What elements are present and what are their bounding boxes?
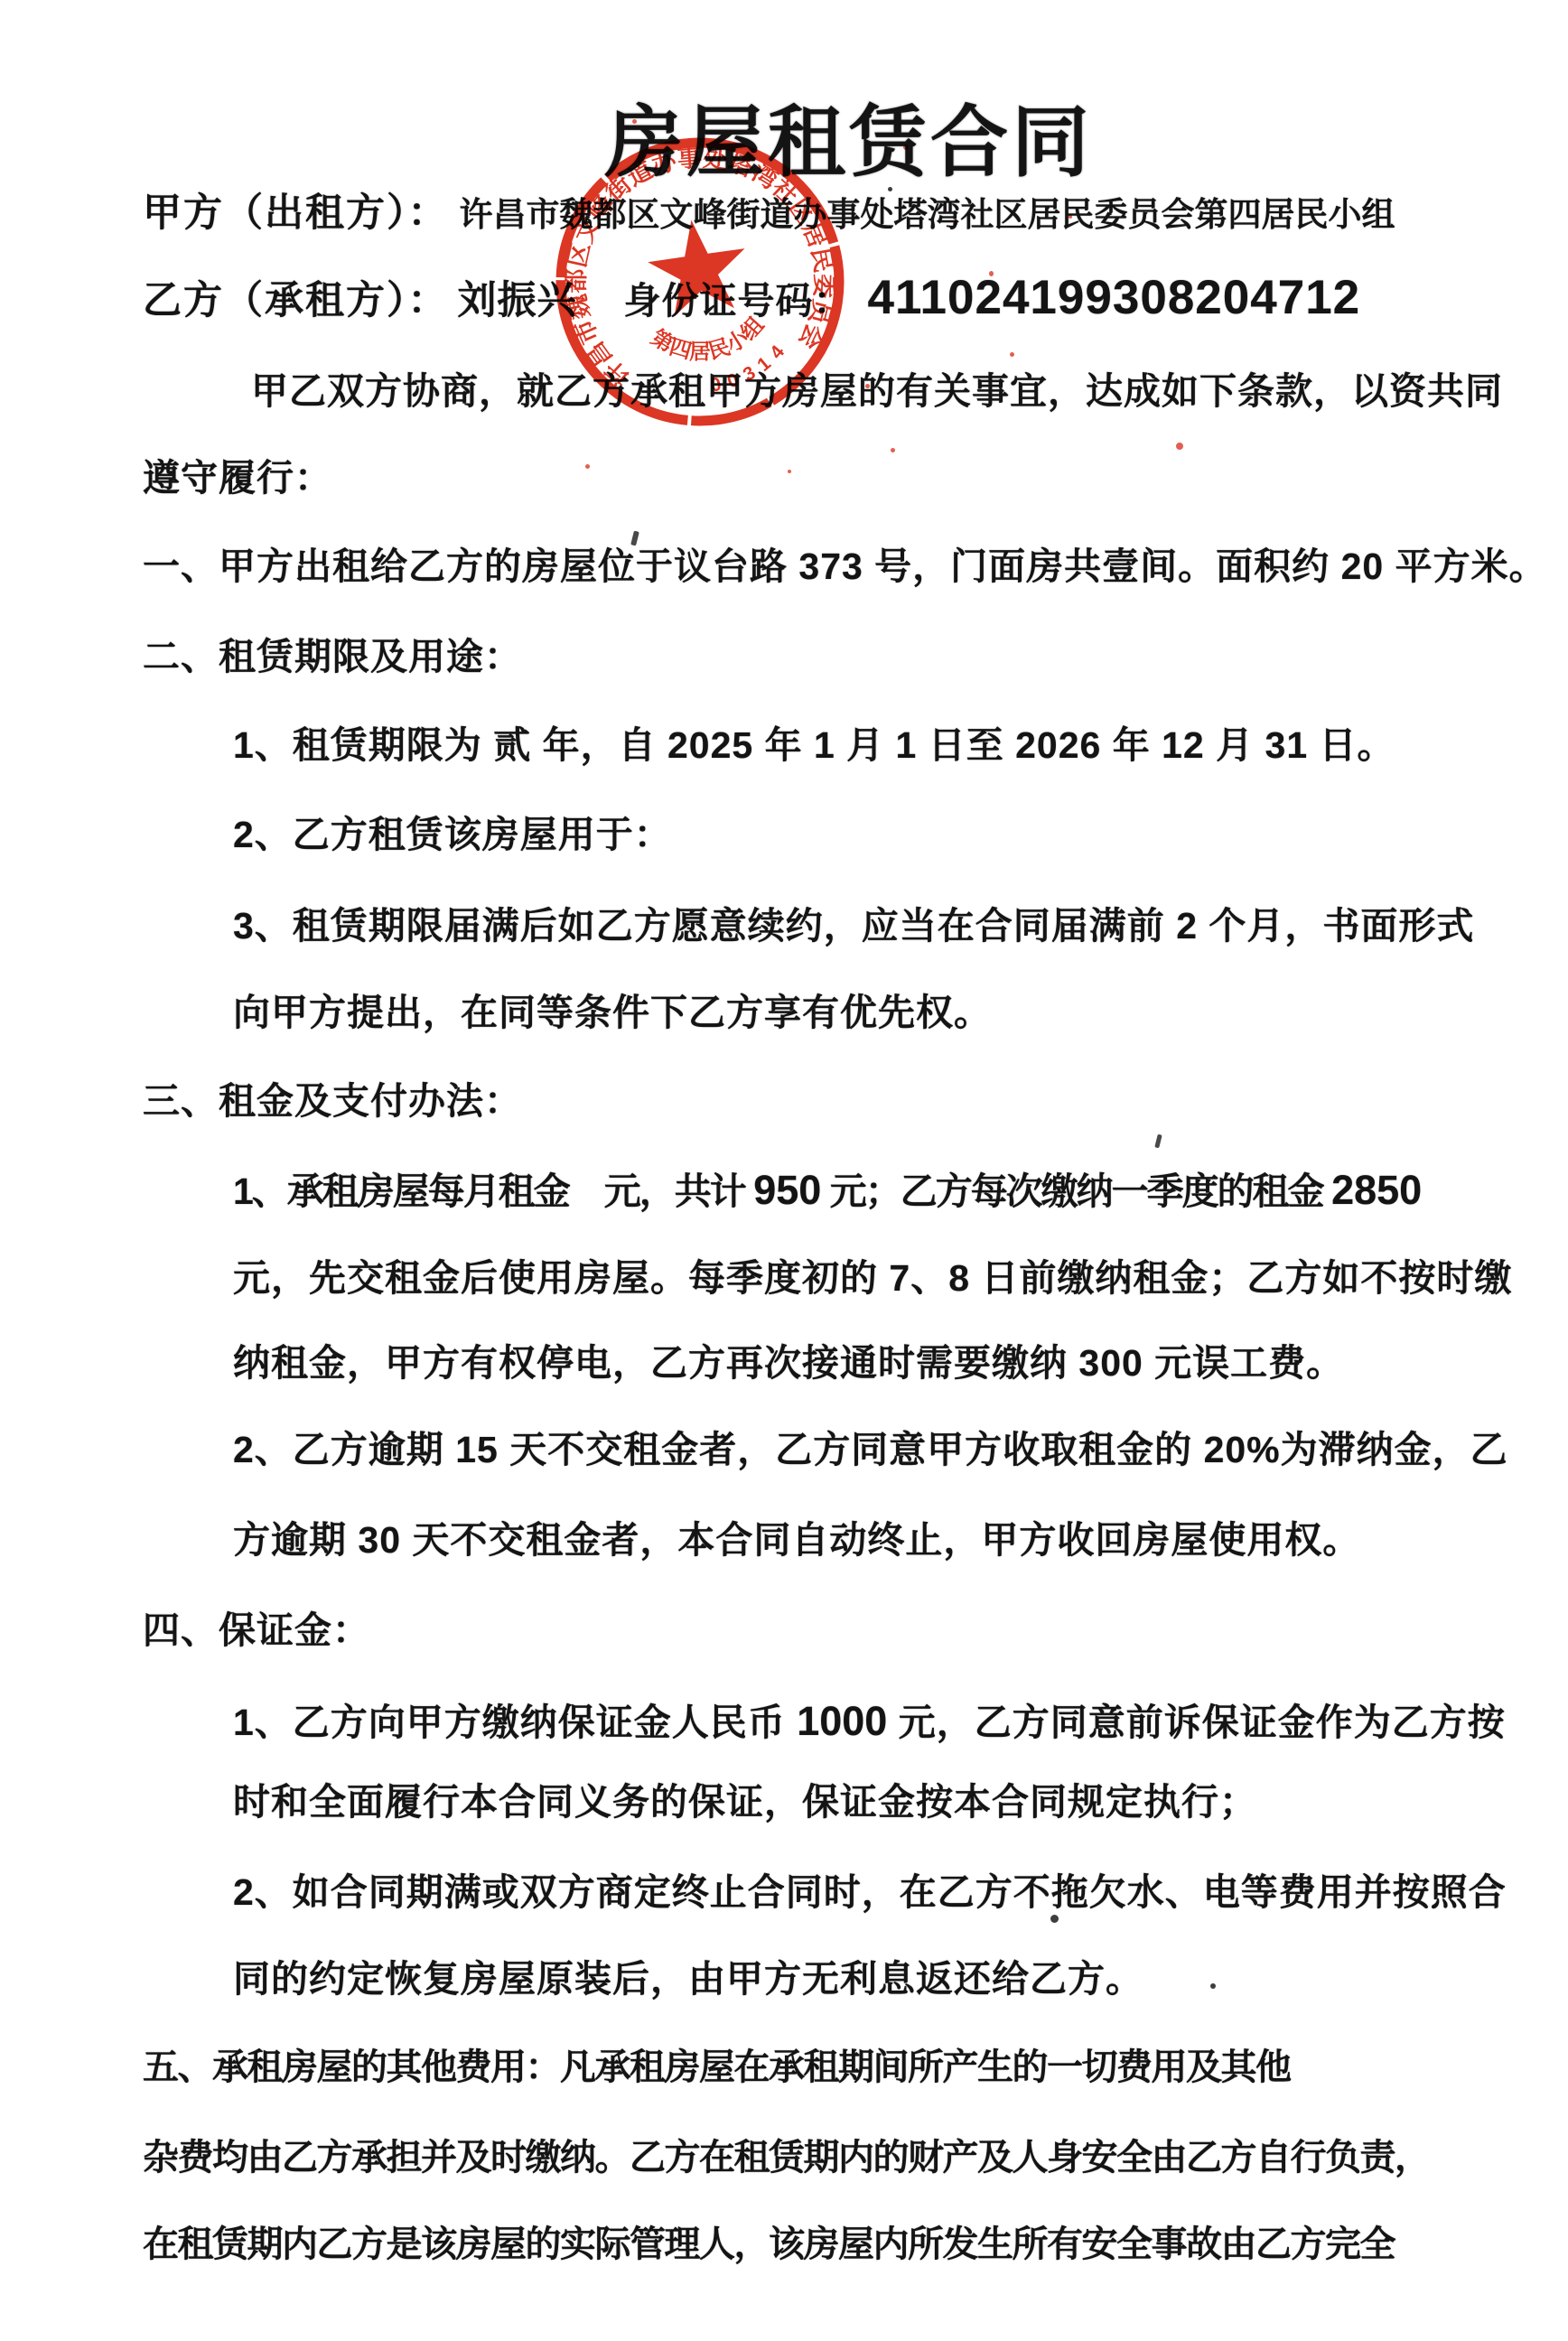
clause-3-item-1-line-1: 1、承租房屋每月租金 元，共计 950 元；乙方每次缴纳一季度的租金 2850 bbox=[233, 1167, 1422, 1214]
red-ink-speck bbox=[1176, 443, 1183, 450]
clause-2-item-2: 2、乙方租赁该房屋用于： bbox=[233, 814, 672, 856]
clause-5-line-1: 五、承租房屋的其他费用：凡承租房屋在承租期间所产生的一切费用及其他 bbox=[143, 2047, 1291, 2088]
rent-text-pre: 1、承租房屋每月租金 元，共计 bbox=[233, 1170, 753, 1212]
ink-speck bbox=[1210, 1983, 1216, 1989]
clause-3-item-1-line-2: 元，先交租金后使用房屋。每季度初的 7、8 日前缴纳租金；乙方如不按时缴 bbox=[233, 1257, 1512, 1300]
rent-text-mid: 元；乙方每次缴纳一季度的租金 bbox=[821, 1170, 1331, 1212]
party-a-label: 甲方（出租方）： bbox=[143, 191, 449, 235]
ink-speck bbox=[1050, 1915, 1059, 1923]
clause-4-item-1-line-1: 1、乙方向甲方缴纳保证金人民币 1000 元，乙方同意前诉保证金作为乙方按 bbox=[233, 1698, 1506, 1745]
red-ink-speck bbox=[865, 384, 870, 388]
star-icon bbox=[643, 213, 753, 319]
clause-1-line: 一、甲方出租给乙方的房屋位于议台路 373 号，门面房共壹间。面积约 20 平方… bbox=[143, 546, 1547, 588]
clause-4-item-1-line-2: 时和全面履行本合同义务的保证，保证金按本合同规定执行； bbox=[233, 1781, 1257, 1823]
ink-speck bbox=[885, 156, 891, 162]
official-stamp: 许昌市魏都区文峰街道办事处塔湾社区居民委员会 第四居民小组 00314 bbox=[506, 88, 893, 475]
ink-speck bbox=[1154, 1134, 1162, 1149]
rent-total-amount: 950 bbox=[753, 1167, 821, 1213]
clause-4-item-2-line-1: 2、如合同期满或双方商定终止合同时，在乙方不拖欠水、电等费用并按照合 bbox=[233, 1871, 1507, 1914]
ink-speck bbox=[888, 187, 892, 191]
deposit-text-pre: 1、乙方向甲方缴纳保证金人民币 bbox=[233, 1702, 797, 1743]
clause-5-line-3: 在租赁期内乙方是该房屋的实际管理人，该房屋内所发生所有安全事故由乙方完全 bbox=[143, 2224, 1395, 2265]
red-ink-speck bbox=[1069, 215, 1072, 219]
clause-2-item-1: 1、租赁期限为 贰 年，自 2025 年 1 月 1 日至 2026 年 12 … bbox=[233, 724, 1395, 767]
clause-3-item-2-line-1: 2、乙方逾期 15 天不交租金者，乙方同意甲方收取租金的 20%为滞纳金，乙 bbox=[233, 1429, 1508, 1471]
clause-5-line-2: 杂费均由乙方承担并及时缴纳。乙方在租赁期内的财产及人身安全由乙方自行负责， bbox=[143, 2137, 1430, 2178]
red-ink-speck bbox=[1010, 352, 1014, 357]
clause-2-item-3-line-2: 向甲方提出，在同等条件下乙方享有优先权。 bbox=[233, 992, 992, 1034]
red-ink-speck bbox=[788, 470, 791, 473]
clause-3-item-1-line-3: 纳租金，甲方有权停电，乙方再次接通时需要缴纳 300 元误工费。 bbox=[233, 1342, 1344, 1385]
party-b-id-number: 411024199308204712 bbox=[868, 271, 1361, 324]
preamble-line-2: 遵守履行： bbox=[143, 457, 332, 499]
clause-4-item-2-line-2: 同的约定恢复房屋原装后，由甲方无利息返还给乙方。 bbox=[233, 1958, 1143, 2001]
red-ink-speck bbox=[989, 271, 994, 276]
deposit-amount: 1000 bbox=[797, 1698, 887, 1744]
red-ink-speck bbox=[953, 221, 957, 226]
clause-3-heading: 三、租金及支付办法： bbox=[143, 1080, 522, 1123]
rent-quarter-amount: 2850 bbox=[1331, 1167, 1422, 1213]
ink-speck bbox=[630, 531, 639, 546]
clause-4-heading: 四、保证金： bbox=[143, 1609, 370, 1652]
red-ink-speck bbox=[585, 464, 590, 469]
red-ink-speck bbox=[632, 119, 637, 124]
rental-contract-page: 房屋租赁合同 甲方（出租方）：许昌市魏都区文峰街道办事处塔湾社区居民委员会第四居… bbox=[0, 0, 1568, 2341]
clause-3-item-2-line-2: 方逾期 30 天不交租金者，本合同自动终止，甲方收回房屋使用权。 bbox=[233, 1519, 1360, 1562]
party-b-label: 乙方（承租方）： bbox=[143, 279, 449, 322]
red-ink-speck bbox=[903, 145, 909, 150]
deposit-text-post: 元，乙方同意前诉保证金作为乙方按 bbox=[887, 1702, 1505, 1743]
clause-2-item-3-line-1: 3、租赁期限届满后如乙方愿意续约，应当在合同届满前 2 个月，书面形式 bbox=[233, 905, 1474, 947]
red-ink-speck bbox=[891, 448, 895, 452]
clause-2-heading: 二、租赁期限及用途： bbox=[143, 636, 522, 678]
